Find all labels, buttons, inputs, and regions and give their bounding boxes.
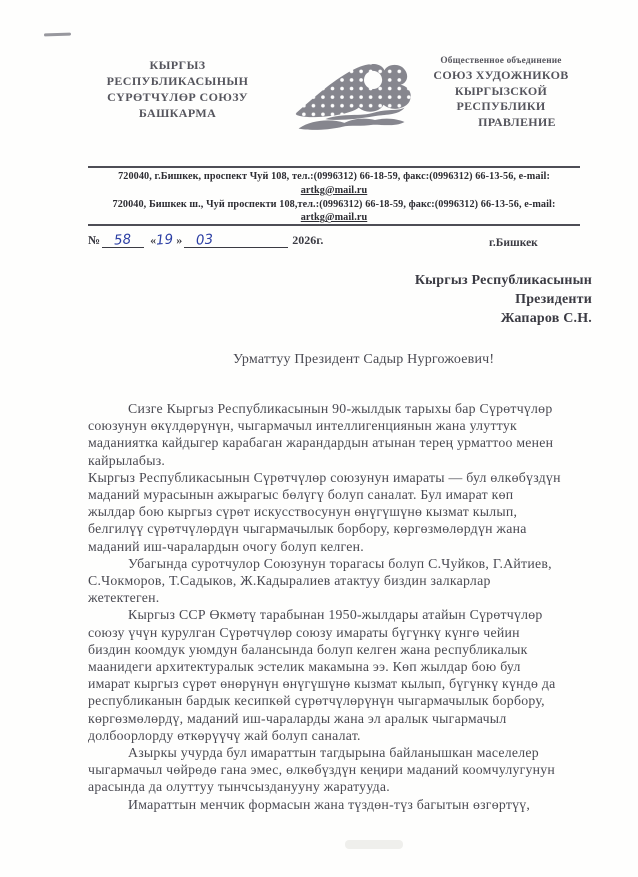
body-line: маданий иш-чаралардын очогу болуп келген… <box>88 538 598 555</box>
org-name-line: БАШКАРМА <box>70 105 285 121</box>
ref-close-quote: » <box>176 233 182 247</box>
ref-city: г.Бишкек <box>489 237 538 249</box>
org-name-russian: Общественное объединение СОЮЗ ХУДОЖНИКОВ… <box>419 56 583 130</box>
body-paragraph: Убагында суротчулор Союзунун торагасы бо… <box>88 555 598 607</box>
body-line: Азыркы учурда бул имараттын тагдырына ба… <box>88 744 598 761</box>
artists-union-emblem-icon <box>291 58 415 142</box>
org-name-line: ПРАВЛЕНИЕ <box>435 115 599 131</box>
artists-union-logo <box>291 58 415 142</box>
recipient-line: Президенти <box>415 290 592 309</box>
org-name-line: КЫРГЫЗ <box>70 57 285 73</box>
ref-year: 2026г. <box>292 233 323 247</box>
scanned-letter-page: КЫРГЫЗРЕСПУБЛИКАСЫНЫНСҮРӨТЧҮЛӨР СОЮЗУБАШ… <box>0 0 638 877</box>
handwritten-ref-number: 58 <box>114 231 132 248</box>
salutation: Урматтуу Президент Садыр Нургожоевич! <box>233 352 494 368</box>
body-paragraph: Азыркы учурда бул имараттын тагдырына ба… <box>88 744 598 796</box>
recipient-line: Кыргыз Республикасынын <box>415 271 592 290</box>
body-line: кайрылабыз. <box>88 452 598 469</box>
body-paragraph: Кыргыз Республикасынын Сүрөтчүлөр союзун… <box>88 469 598 555</box>
org-name-line: СҮРӨТЧҮЛӨР СОЮЗУ <box>70 89 285 105</box>
body-line: маанидеги архитектуралык эстелик макамын… <box>88 658 598 675</box>
body-line: маданиятка кайдыгер карабаган жарандарды… <box>88 434 598 451</box>
scan-artifact-smudge <box>345 840 403 849</box>
contact-email-ru: artkg@mail.ru <box>88 184 580 198</box>
org-name-kyrgyz: КЫРГЫЗРЕСПУБЛИКАСЫНЫНСҮРӨТЧҮЛӨР СОЮЗУБАШ… <box>70 57 285 121</box>
contact-line-kg: 720040, Бишкек ш., Чуй проспекти 108,тел… <box>88 198 580 212</box>
scan-artifact-dash <box>44 33 71 37</box>
org-name-line: РЕСПУБЛИКАСЫНЫН <box>70 73 285 89</box>
body-line: С.Чокморов, Т.Садыков, Ж.Кадыралиев атак… <box>88 572 598 589</box>
body-paragraph: Сизге Кыргыз Республикасынын 90-жылдык т… <box>88 400 598 469</box>
body-line: белгилүү сүрөтчүлөрдүн чыгармачылык борб… <box>88 520 598 537</box>
divider-bottom <box>88 224 580 226</box>
org-name-line: РЕСПУБЛИКИ <box>419 99 583 115</box>
body-line: Кыргыз ССР Өкмөтү тарабынан 1950-жылдары… <box>88 606 598 623</box>
body-line: маданий мурасынын ажырагыс бөлүгү болуп … <box>88 486 598 503</box>
contact-line-ru: 720040, г.Бишкек, проспект Чуй 108, тел.… <box>88 170 580 184</box>
body-line: Имараттын менчик формасын жана түздөн-тү… <box>88 796 598 813</box>
org-subtitle: Общественное объединение <box>419 56 583 66</box>
body-paragraph: Кыргыз ССР Өкмөтү тарабынан 1950-жылдары… <box>88 606 598 744</box>
org-name-line: СОЮЗ ХУДОЖНИКОВ <box>419 68 583 84</box>
org-name-line: КЫРГЫЗСКОЙ <box>419 84 583 100</box>
body-line: союзу үчүн курулган Сүрөтчүлөр союзу има… <box>88 624 598 641</box>
reference-row: №58«19 »032026г. <box>88 232 323 248</box>
handwritten-day: 19 <box>156 231 174 248</box>
contact-block: 720040, г.Бишкек, проспект Чуй 108, тел.… <box>88 170 580 225</box>
body-line: республиканын бардык кесипкөй сүрөтчүлөр… <box>88 692 598 709</box>
body-line: жылдар бою кыргыз сүрөт искусствосунун ө… <box>88 503 598 520</box>
body-line: арасында да олуттуу тынчсызданууну жарат… <box>88 778 598 795</box>
recipient-line: Жапаров С.Н. <box>415 309 592 328</box>
body-line: жетектеген. <box>88 589 598 606</box>
letter-body: Сизге Кыргыз Республикасынын 90-жылдык т… <box>88 400 598 813</box>
body-line: көргөзмөлөрдү, маданий иш-чараларды жана… <box>88 710 598 727</box>
body-line: Сизге Кыргыз Республикасынын 90-жылдык т… <box>88 400 598 417</box>
body-line: долбоорлорду өткөрүүчү жай болуп саналат… <box>88 727 598 744</box>
handwritten-month: 03 <box>196 231 214 248</box>
body-paragraph: Имараттын менчик формасын жана түздөн-тү… <box>88 796 598 813</box>
recipient-block: Кыргыз РеспубликасынынПрезидентиЖапаров … <box>415 271 592 328</box>
body-line: чыгармачыл чөйрөдө гана эмес, өлкөбүздүн… <box>88 761 598 778</box>
body-line: Убагында суротчулор Союзунун торагасы бо… <box>88 555 598 572</box>
divider-top <box>88 166 580 168</box>
body-line: союзунун өкүлдөрүнүн, чыгармачыл интелли… <box>88 417 598 434</box>
body-line: Кыргыз Республикасынын Сүрөтчүлөр союзун… <box>88 469 598 486</box>
body-line: биздин коомдук уюмдун балансында болуп к… <box>88 641 598 658</box>
body-line: имарат кыргыз сүрөт өнөрүнүн өнүгүшүнө к… <box>88 675 598 692</box>
ref-number-label: № <box>88 233 100 247</box>
